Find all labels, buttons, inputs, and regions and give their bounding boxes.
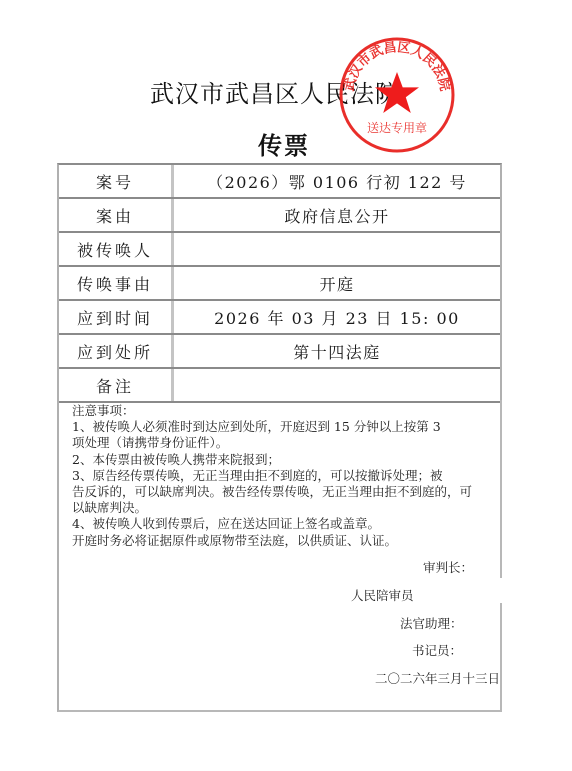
notes-line: 项处理（请携带身份证件）。: [72, 435, 492, 451]
row-label: 应到时间: [59, 301, 174, 333]
notes-border-right: [500, 603, 502, 712]
judge-assistant-label: 法官助理：: [400, 614, 463, 632]
document-title: 传票: [258, 126, 310, 161]
table-row-case-cause: 案由 政府信息公开: [59, 199, 500, 233]
row-label: 应到处所: [59, 335, 174, 367]
row-value: 2026 年 03 月 23 日 15: 00: [174, 301, 500, 333]
row-label: 被传唤人: [59, 233, 174, 265]
issue-date: 二〇二六年三月十三日: [375, 669, 500, 687]
notes-line: 以缺席判决。: [72, 500, 492, 516]
table-row-summoned-person: 被传唤人: [59, 233, 500, 267]
table-row-case-number: 案号 （2026）鄂 0106 行初 122 号: [59, 165, 500, 199]
row-value: 第十四法庭: [174, 335, 500, 367]
presiding-judge-label: 审判长：: [423, 558, 473, 576]
notes-border-right: [500, 400, 502, 578]
table-row-appearance-time: 应到时间 2026 年 03 月 23 日 15: 00: [59, 301, 500, 335]
notes-section: 注意事项： 1、被传唤人必须准时到达应到处所，开庭迟到 15 分钟以上按第 3 …: [72, 403, 492, 549]
row-value: [174, 233, 500, 265]
row-label: 案由: [59, 199, 174, 231]
row-value: 政府信息公开: [174, 199, 500, 231]
notes-line: 4、被传唤人收到传票后，应在送达回证上签名或盖章。: [72, 516, 492, 532]
row-value: （2026）鄂 0106 行初 122 号: [174, 165, 500, 197]
summons-table: 案号 （2026）鄂 0106 行初 122 号 案由 政府信息公开 被传唤人 …: [57, 163, 502, 403]
people-assessor-label: 人民陪审员: [351, 586, 414, 604]
row-value: 开庭: [174, 267, 500, 299]
notes-line: 2、本传票由被传唤人携带来院报到；: [72, 452, 492, 468]
row-label: 传唤事由: [59, 267, 174, 299]
notes-line: 开庭时务必将证据原件或原物带至法庭，以供质证、认证。: [72, 533, 492, 549]
row-label: 备注: [59, 369, 174, 401]
notes-line: 3、原告经传票传唤，无正当理由拒不到庭的，可以按撤诉处理；被: [72, 468, 492, 484]
row-label: 案号: [59, 165, 174, 197]
row-value: [174, 369, 500, 401]
notes-heading: 注意事项：: [72, 403, 492, 419]
notes-line: 告反诉的，可以缺席判决。被告经传票传唤，无正当理由拒不到庭的，可: [72, 484, 492, 500]
table-row-appearance-place: 应到处所 第十四法庭: [59, 335, 500, 369]
court-seal-stamp: 武汉市武昌区人民法院 送达专用章: [338, 36, 456, 154]
star-icon: [375, 72, 419, 113]
table-row-remarks: 备注: [59, 369, 500, 403]
notes-line: 1、被传唤人必须准时到达应到处所，开庭迟到 15 分钟以上按第 3: [72, 419, 492, 435]
table-row-summons-reason: 传唤事由 开庭: [59, 267, 500, 301]
stamp-bottom-text: 送达专用章: [367, 120, 427, 135]
clerk-label: 书记员：: [412, 641, 462, 659]
